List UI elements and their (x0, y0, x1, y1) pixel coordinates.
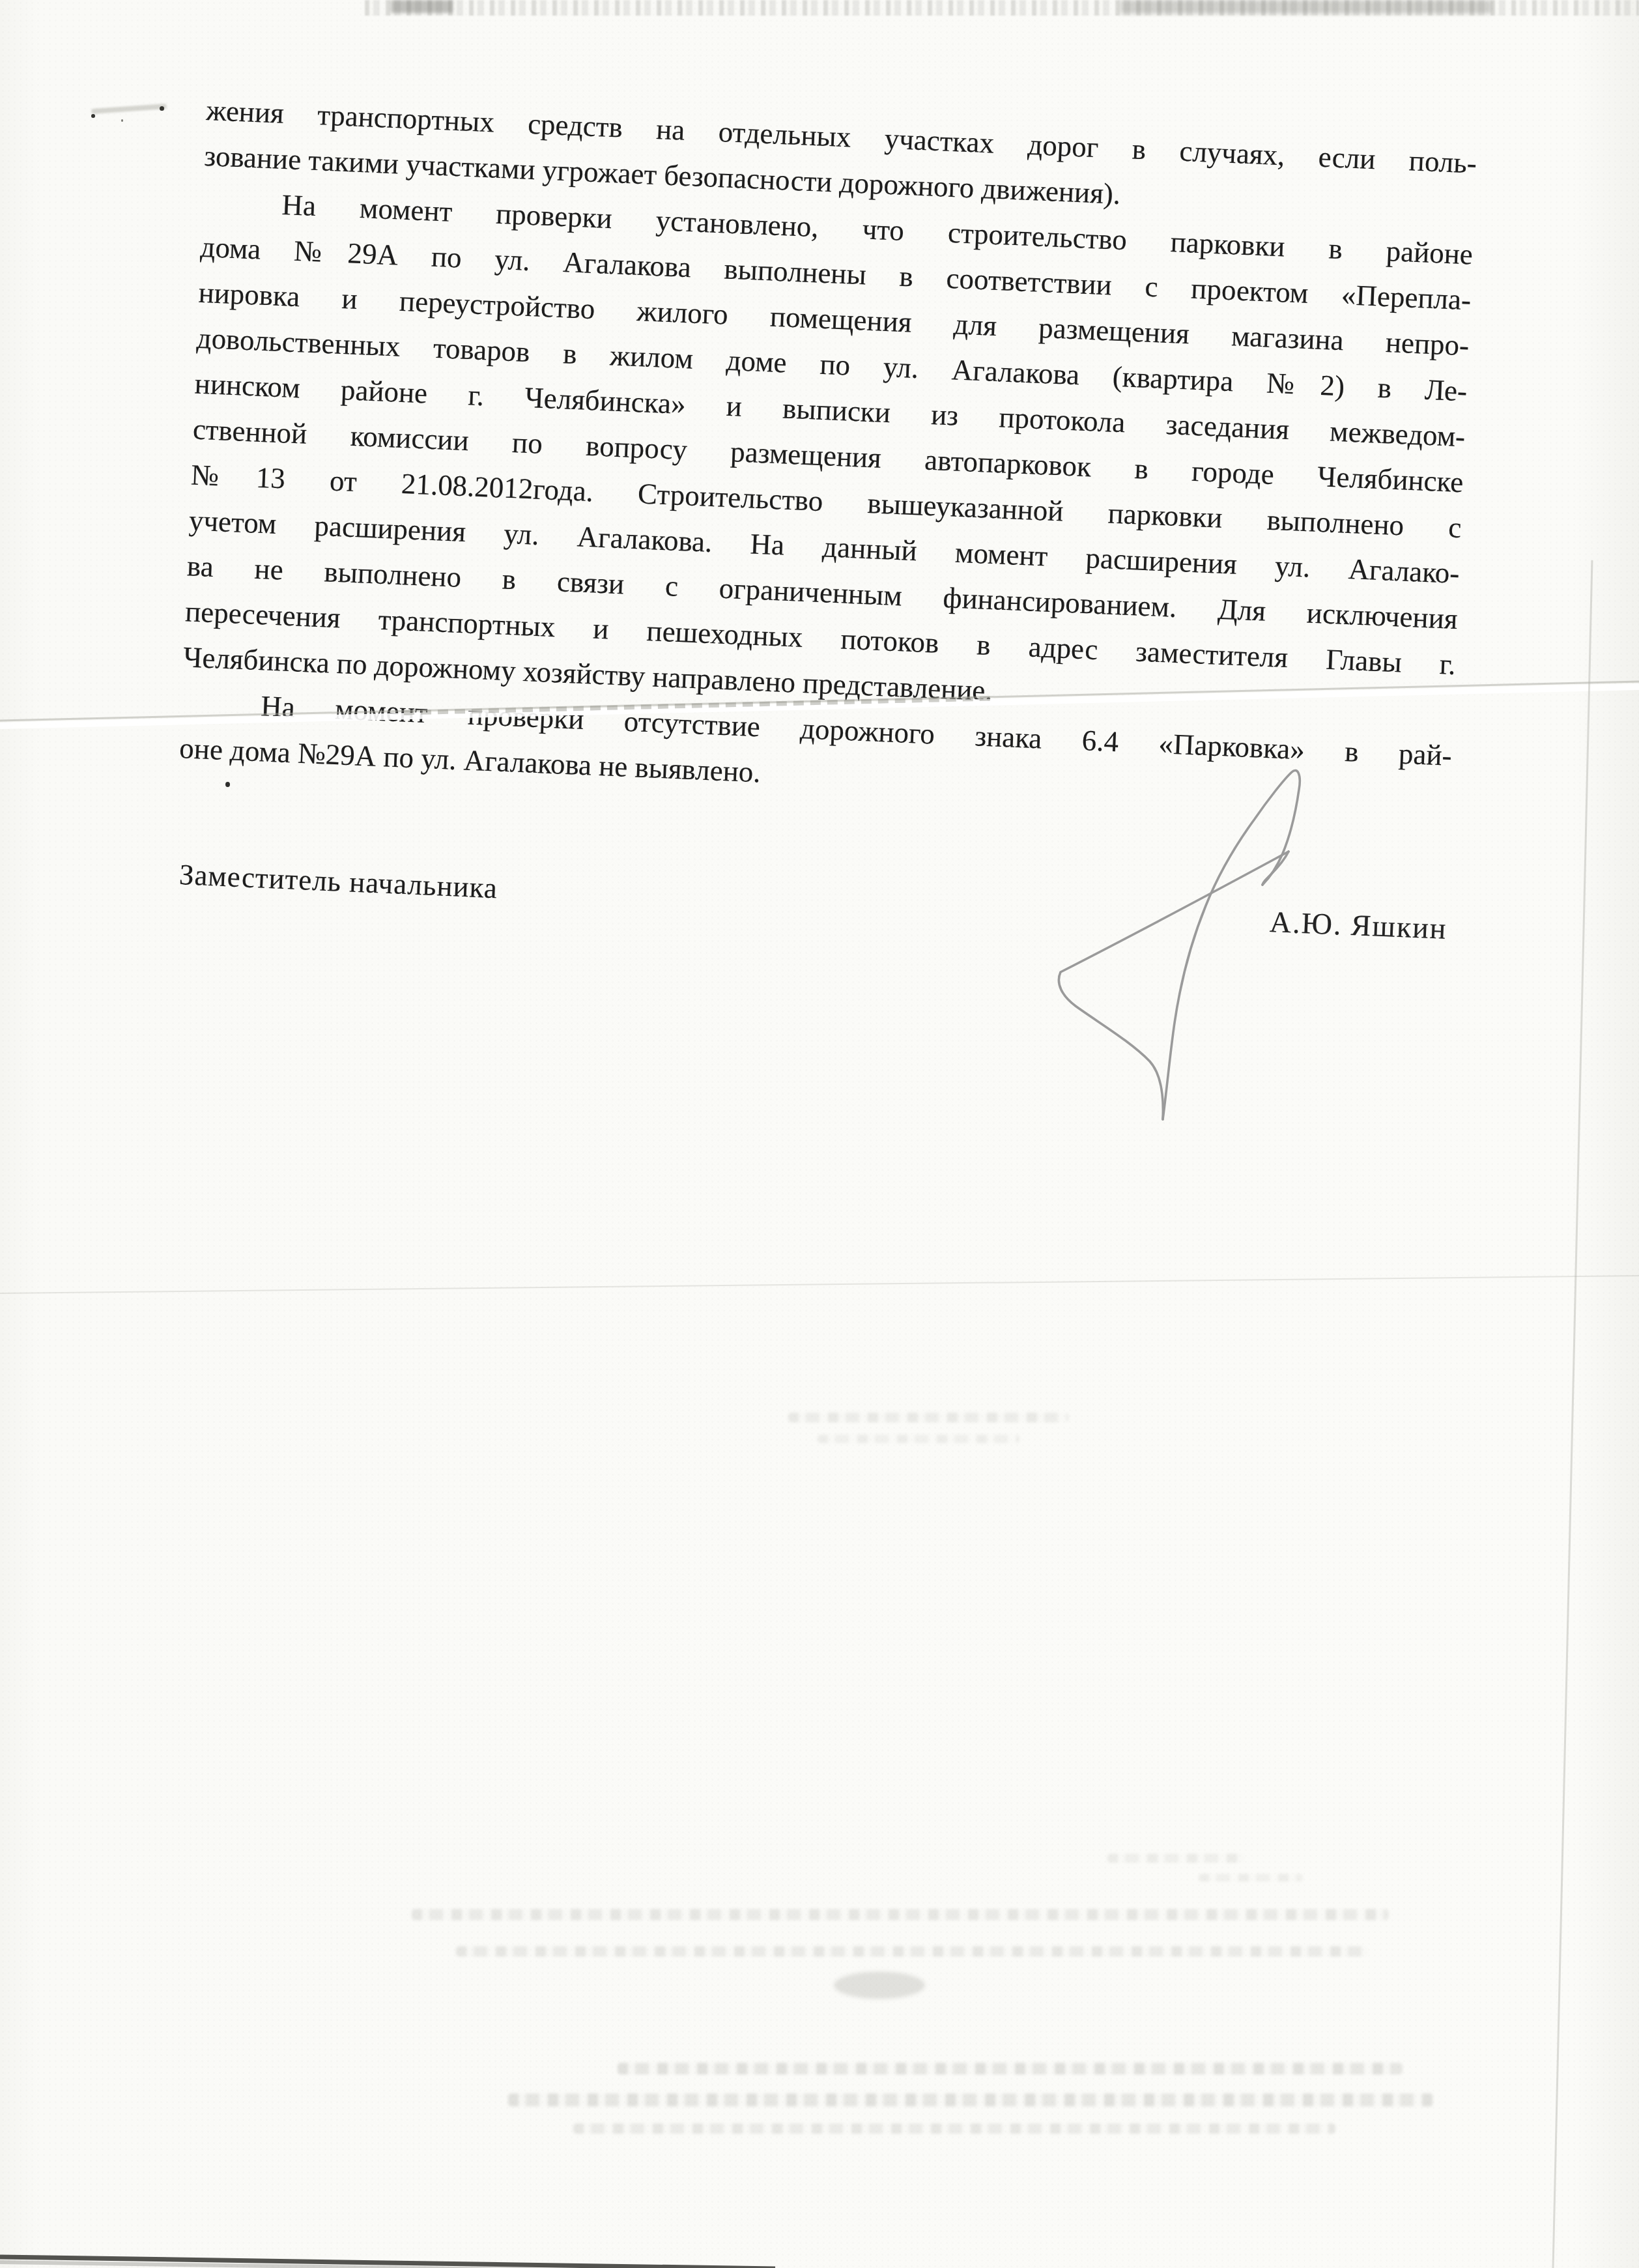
dust-dot (91, 114, 95, 118)
bleedthrough-line (618, 2063, 1403, 2074)
dust-dot (121, 119, 123, 122)
scanner-edge-dark-patch (1120, 0, 1492, 14)
dust-dot (160, 106, 164, 111)
document-page: жения транспортных средств на отдельных … (0, 0, 1639, 2268)
dust-streak (91, 104, 167, 114)
signature-role: Заместитель начальника (178, 860, 498, 903)
body-text: жения транспортных средств на отдельных … (178, 87, 1477, 824)
bleedthrough-blob (834, 1972, 925, 1999)
scanner-edge-dark-patch (391, 0, 453, 13)
bleedthrough-line (573, 2123, 1335, 2134)
bleedthrough-line (1107, 1854, 1244, 1863)
ink-dot (225, 782, 230, 787)
bleedthrough-line (788, 1413, 1068, 1422)
signature-stroke (1010, 749, 1335, 1153)
bleedthrough-line (818, 1435, 1019, 1443)
page-bottom-edge-shadow (0, 2262, 775, 2268)
bleedthrough-line (1199, 1874, 1303, 1882)
page-bottom-edge (0, 2257, 775, 2268)
page-fold-crease-vertical (1553, 560, 1592, 2268)
bleedthrough-line (412, 1909, 1389, 1920)
bleedthrough-line (508, 2093, 1433, 2106)
bleedthrough-line (456, 1946, 1368, 1957)
page-fold-crease (0, 1276, 1639, 1293)
